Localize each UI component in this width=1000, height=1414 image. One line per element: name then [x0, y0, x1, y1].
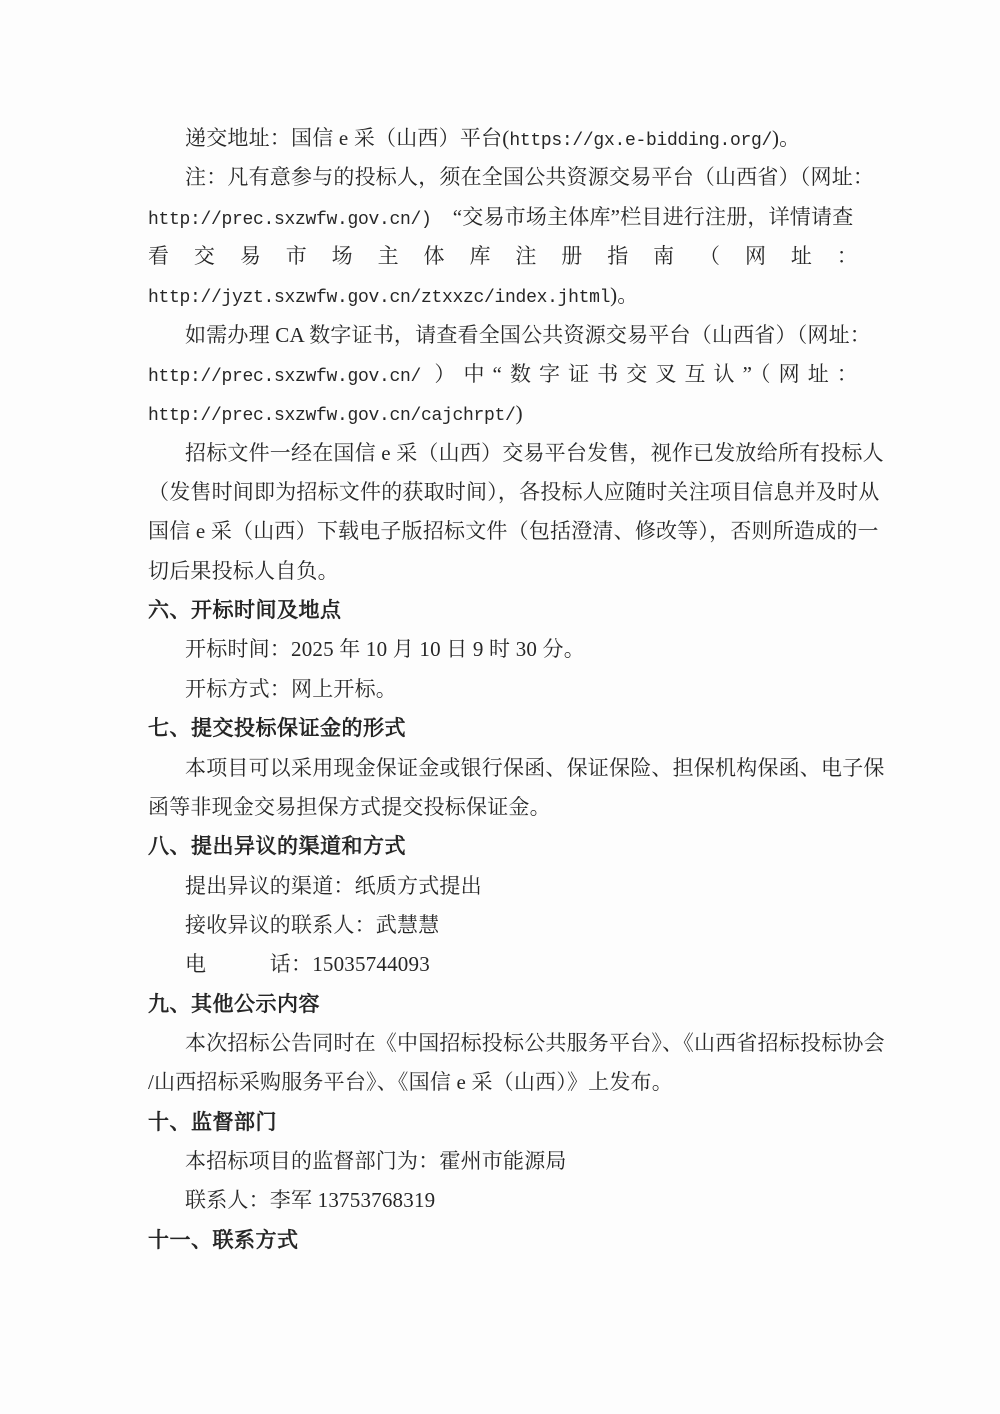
objection-channel: 提出异议的渠道：纸质方式提出 — [148, 867, 858, 906]
issue-line-2: （发售时间即为招标文件的获取时间），各投标人应随时关注项目信息并及时从 — [148, 473, 858, 512]
section-heading-supervision: 十、监督部门 — [148, 1103, 858, 1142]
ca-line-3: http://prec.sxzwfw.gov.cn/cajchrpt/) — [148, 394, 858, 433]
issue-line-1: 招标文件一经在国信 e 采（山西）交易平台发售，视作已发放给所有投标人 — [148, 434, 858, 473]
note-line-1-text: 注：凡有意参与的投标人，须在全国公共资源交易平台（山西省）（网址： — [185, 165, 874, 189]
publicity-line-2: /山西招标采购服务平台》、《国信 e 采（山西）》上发布。 — [148, 1063, 858, 1102]
issue-line-4-text: 切后果投标人自负。 — [148, 559, 339, 583]
delivery-address-punct: )。 — [772, 126, 800, 150]
note-line-3: 看交易市场主体库注册指南（网址： — [148, 237, 858, 276]
bid-opening-mode-text: 开标方式：网上开标。 — [185, 677, 397, 701]
objection-contact-text: 接收异议的联系人：武慧慧 — [185, 913, 439, 937]
note-line-4: http://jyzt.sxzwfw.gov.cn/ztxxzc/index.j… — [148, 276, 858, 315]
section-heading-other-publicity-text: 九、其他公示内容 — [148, 993, 320, 1016]
registration-guide-url: http://jyzt.sxzwfw.gov.cn/ztxxzc/index.j… — [148, 288, 610, 308]
ca-cross-recognition-url: http://prec.sxzwfw.gov.cn/cajchrpt/ — [148, 406, 516, 426]
section-heading-bid-opening-text: 六、开标时间及地点 — [148, 599, 342, 622]
section-heading-objection: 八、提出异议的渠道和方式 — [148, 827, 858, 866]
supervision-dept: 本招标项目的监督部门为：霍州市能源局 — [148, 1142, 858, 1181]
ca-line-2: http://prec.sxzwfw.gov.cn/ ）中“数字证书交叉互认”（… — [148, 355, 858, 394]
section-heading-objection-text: 八、提出异议的渠道和方式 — [148, 835, 406, 858]
note-line-4-punct: )。 — [610, 283, 638, 307]
supervision-contact-text: 联系人：李军 13753768319 — [185, 1188, 435, 1212]
objection-phone-text: 电 话：15035744093 — [185, 952, 430, 976]
document-page: 递交地址：国信 e 采（山西）平台(https://gx.e-bidding.o… — [0, 0, 1000, 1414]
bid-bond-line-1: 本项目可以采用现金保证金或银行保函、保证保险、担保机构保函、电子保 — [148, 749, 858, 788]
objection-channel-text: 提出异议的渠道：纸质方式提出 — [185, 874, 482, 898]
section-heading-bid-bond: 七、提交投标保证金的形式 — [148, 709, 858, 748]
bid-bond-line-2-text: 函等非现金交易担保方式提交投标保证金。 — [148, 795, 551, 819]
publicity-line-1-text: 本次招标公告同时在《中国招标投标公共服务平台》、《山西省招标投标协会 — [185, 1031, 885, 1055]
objection-phone: 电 话：15035744093 — [148, 945, 858, 984]
supervision-dept-text: 本招标项目的监督部门为：霍州市能源局 — [185, 1149, 567, 1173]
section-heading-other-publicity: 九、其他公示内容 — [148, 985, 858, 1024]
document-content: 递交地址：国信 e 采（山西）平台(https://gx.e-bidding.o… — [148, 119, 858, 1260]
ca-line-1: 如需办理 CA 数字证书，请查看全国公共资源交易平台（山西省）（网址： — [148, 316, 858, 355]
issue-line-4: 切后果投标人自负。 — [148, 552, 858, 591]
supervision-contact: 联系人：李军 13753768319 — [148, 1181, 858, 1220]
note-line-2-text: “交易市场主体库”栏目进行注册，详情请查 — [432, 205, 854, 229]
registration-platform-url: http://prec.sxzwfw.gov.cn/) — [148, 210, 432, 230]
note-line-3-text: 看交易市场主体库注册指南（网址： — [148, 244, 858, 268]
publicity-line-1: 本次招标公告同时在《中国招标投标公共服务平台》、《山西省招标投标协会 — [148, 1024, 858, 1063]
bid-opening-time: 开标时间：2025 年 10 月 10 日 9 时 30 分。 — [148, 630, 858, 669]
objection-contact: 接收异议的联系人：武慧慧 — [148, 906, 858, 945]
bid-opening-time-text: 开标时间：2025 年 10 月 10 日 9 时 30 分。 — [185, 637, 585, 661]
bid-bond-line-1-text: 本项目可以采用现金保证金或银行保函、保证保险、担保机构保函、电子保 — [185, 756, 885, 780]
section-heading-supervision-text: 十、监督部门 — [148, 1111, 277, 1134]
section-heading-bid-opening: 六、开标时间及地点 — [148, 591, 858, 630]
ca-platform-url: http://prec.sxzwfw.gov.cn/ — [148, 367, 421, 387]
issue-line-3-text: 国信 e 采（山西）下载电子版招标文件（包括澄清、修改等），否则所造成的一 — [148, 519, 879, 543]
delivery-address-url: https://gx.e-bidding.org/ — [509, 131, 772, 151]
bid-bond-line-2: 函等非现金交易担保方式提交投标保证金。 — [148, 788, 858, 827]
issue-line-3: 国信 e 采（山西）下载电子版招标文件（包括澄清、修改等），否则所造成的一 — [148, 512, 858, 551]
issue-line-2-text: （发售时间即为招标文件的获取时间），各投标人应随时关注项目信息并及时从 — [148, 480, 880, 504]
delivery-address-text: 递交地址：国信 e 采（山西）平台( — [185, 126, 509, 150]
note-line-1: 注：凡有意参与的投标人，须在全国公共资源交易平台（山西省）（网址： — [148, 158, 858, 197]
section-heading-bid-bond-text: 七、提交投标保证金的形式 — [148, 717, 406, 740]
bid-opening-mode: 开标方式：网上开标。 — [148, 670, 858, 709]
note-line-2: http://prec.sxzwfw.gov.cn/) “交易市场主体库”栏目进… — [148, 198, 858, 237]
issue-line-1-text: 招标文件一经在国信 e 采（山西）交易平台发售，视作已发放给所有投标人 — [185, 441, 884, 465]
ca-line-1-text: 如需办理 CA 数字证书，请查看全国公共资源交易平台（山西省）（网址： — [185, 323, 871, 347]
section-heading-contact-info-text: 十一、联系方式 — [148, 1229, 299, 1252]
section-heading-contact-info: 十一、联系方式 — [148, 1221, 858, 1260]
ca-line-3-punct: ) — [516, 401, 523, 425]
publicity-line-2-text: /山西招标采购服务平台》、《国信 e 采（山西）》上发布。 — [148, 1070, 673, 1094]
ca-line-2-text: ）中“数字证书交叉互认”（网址： — [421, 362, 858, 386]
paragraph-delivery-address: 递交地址：国信 e 采（山西）平台(https://gx.e-bidding.o… — [148, 119, 858, 158]
